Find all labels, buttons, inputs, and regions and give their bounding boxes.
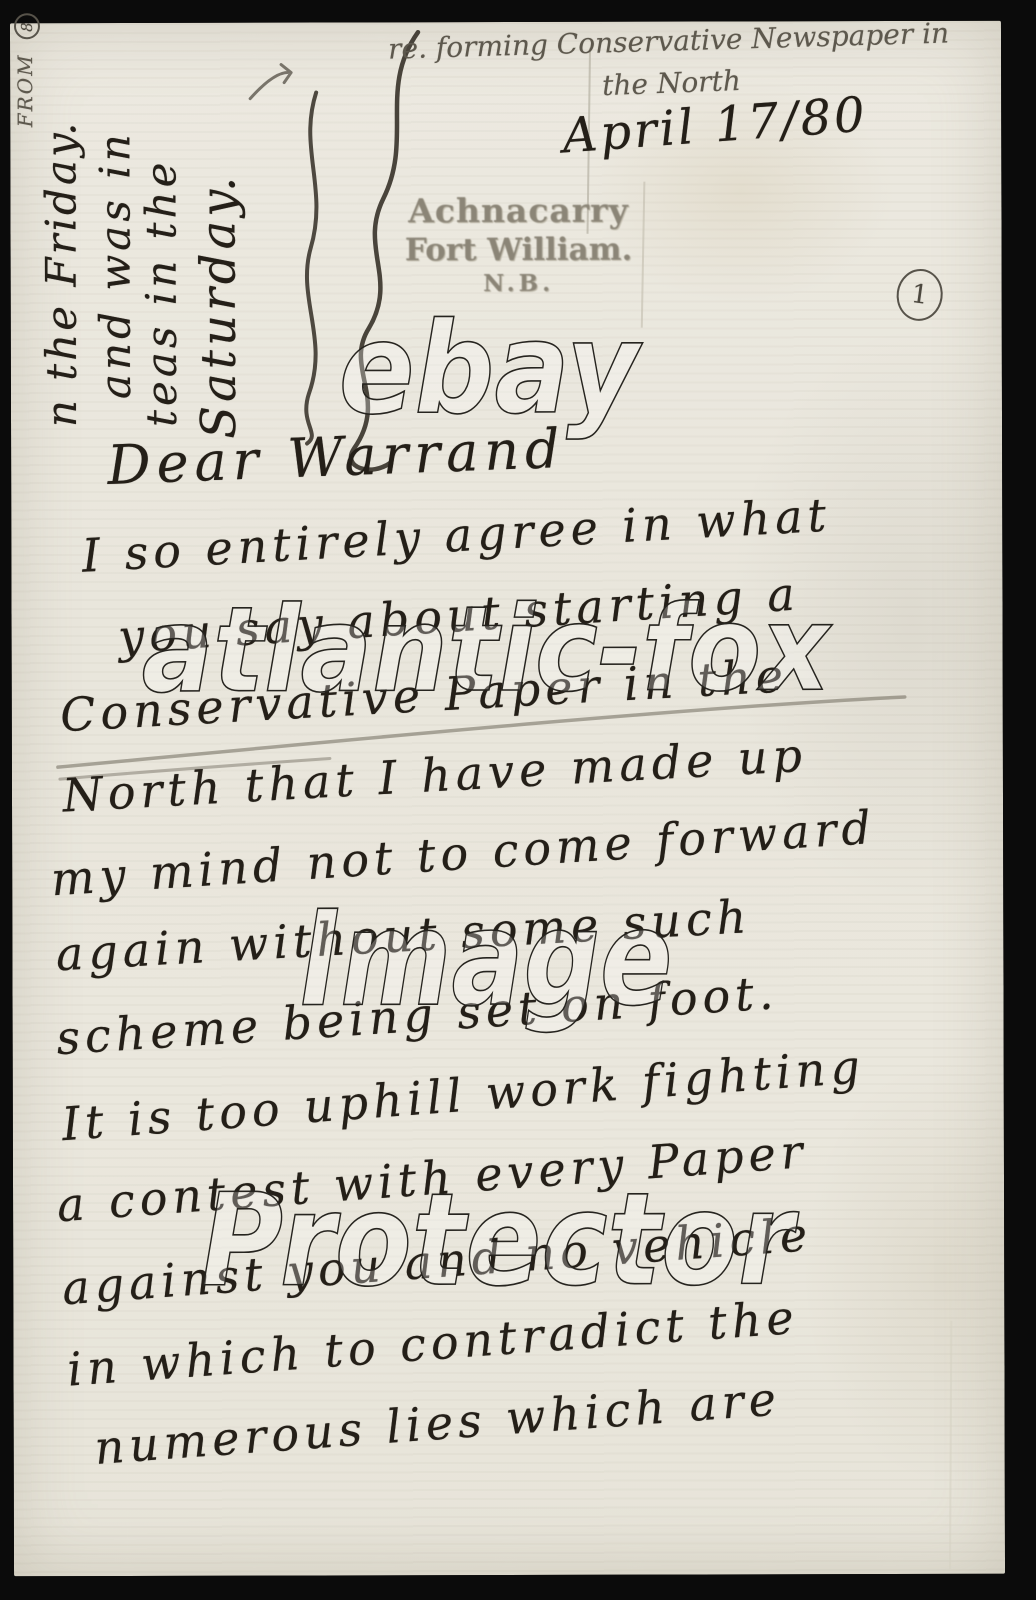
letter-page: FROM 8 n the Friday. and was in teas in … xyxy=(10,21,1005,1577)
watermark-atlantic-fox: atlantic-fox xyxy=(141,579,833,719)
watermark-protector: Protector xyxy=(201,1165,799,1316)
scan-background: FROM 8 n the Friday. and was in teas in … xyxy=(0,0,1036,1600)
watermark-image: Image xyxy=(300,882,672,1037)
watermark-layer: ebay atlantic-fox Image Protector xyxy=(10,21,1005,1577)
watermark-ebay: ebay xyxy=(339,295,644,443)
